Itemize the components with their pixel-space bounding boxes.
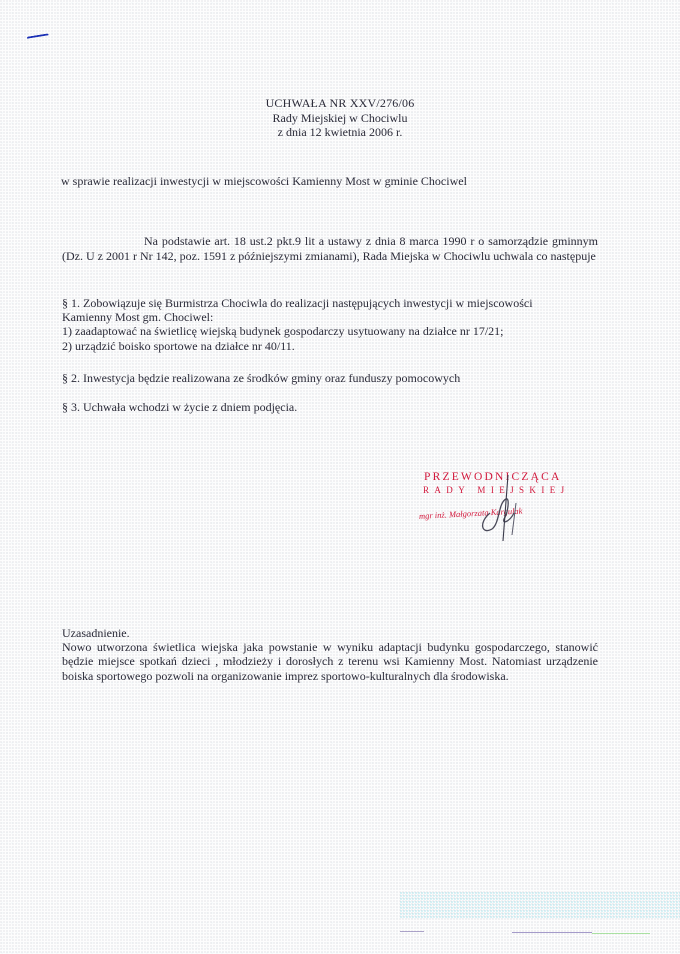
resolution-subject: w sprawie realizacji inwestycji w miejsc… <box>61 174 467 188</box>
paragraph-1: § 1. Zobowiązuje się Burmistrza Chociwla… <box>62 296 533 353</box>
resolution-title: UCHWAŁA NR XXV/276/06 <box>0 96 680 111</box>
stamp-title: PRZEWODNICZĄCA <box>418 471 588 484</box>
pen-mark <box>27 33 50 42</box>
stamp-name: mgr inż. Małgorzata Kargulak <box>418 502 588 522</box>
resolution-issuer: Rady Miejskiej w Chociwlu <box>0 111 680 126</box>
justification-body: Nowo utworzona świetlica wiejska jaka po… <box>62 640 598 683</box>
resolution-preamble: Na podstawie art. 18 ust.2 pkt.9 lit a u… <box>62 234 598 263</box>
resolution-header: UCHWAŁA NR XXV/276/06 Rady Miejskiej w C… <box>0 96 680 140</box>
paragraph-1-item: 1) zaadaptować na świetlicę wiejską budy… <box>62 324 533 338</box>
scan-artifact-line <box>512 932 592 933</box>
scan-artifact-line <box>400 931 424 932</box>
scan-artifact-line <box>592 933 650 934</box>
paragraph-3-line: § 3. Uchwała wchodzi w życie z dniem pod… <box>62 400 297 414</box>
paragraph-1-item: 2) urządzić boisko sportowe na działce n… <box>62 339 533 353</box>
paragraph-1-line: Kamienny Most gm. Chociwel: <box>62 310 533 324</box>
paragraph-1-line: § 1. Zobowiązuje się Burmistrza Chociwla… <box>62 296 533 310</box>
stamp-subtitle: RADY MIEJSKIEJ <box>418 484 588 497</box>
paragraph-2-line: § 2. Inwestycja będzie realizowana ze śr… <box>62 371 460 385</box>
chairperson-stamp: PRZEWODNICZĄCA RADY MIEJSKIEJ mgr inż. M… <box>418 471 588 522</box>
resolution-date: z dnia 12 kwietnia 2006 r. <box>0 125 680 140</box>
paragraph-2: § 2. Inwestycja będzie realizowana ze śr… <box>62 371 460 385</box>
scan-artifact <box>400 892 680 918</box>
paragraph-3: § 3. Uchwała wchodzi w życie z dniem pod… <box>62 400 297 414</box>
justification-section: Uzasadnienie. Nowo utworzona świetlica w… <box>62 626 598 683</box>
scanned-document-page: UCHWAŁA NR XXV/276/06 Rady Miejskiej w C… <box>0 0 680 954</box>
justification-heading: Uzasadnienie. <box>62 626 598 640</box>
